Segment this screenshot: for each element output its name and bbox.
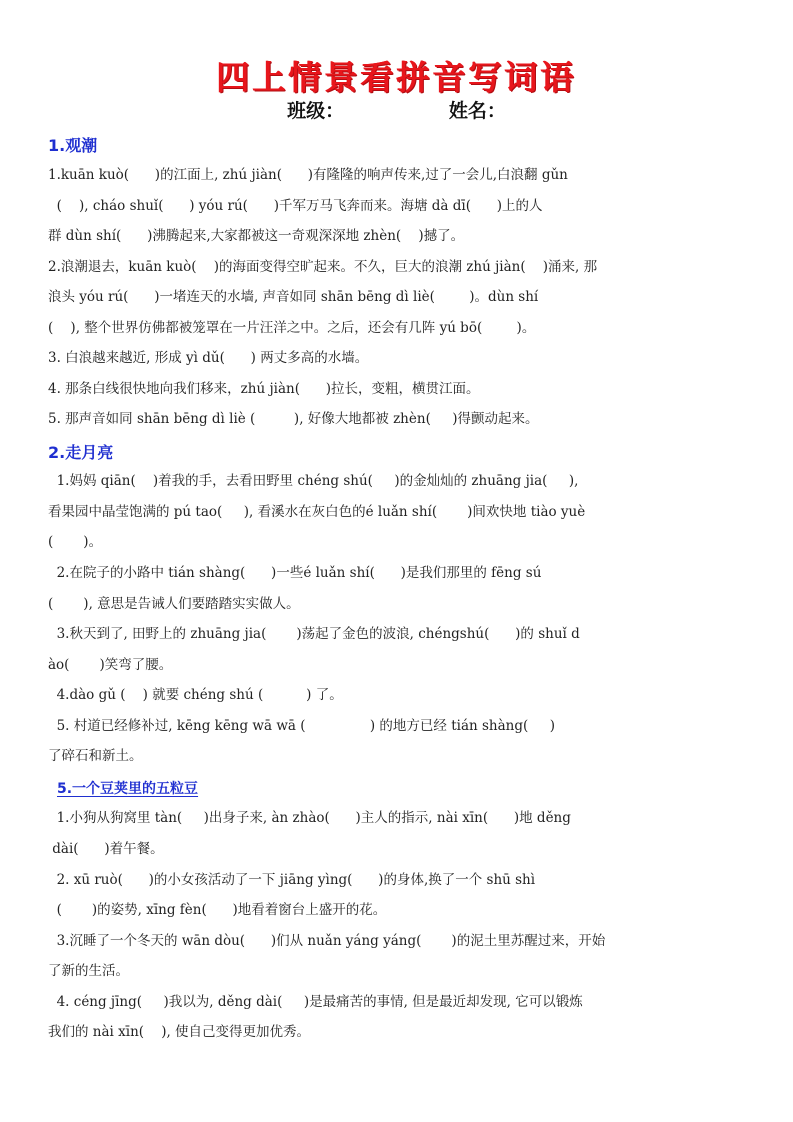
exercise-line: 5. 村道已经修补过, kēng kēng wā wā ( ) 的地方已经 ti… [48,716,555,736]
exercise-line: 3. 白浪越来越近, 形成 yì dǔ( ) 两丈多高的水墙。 [48,348,368,368]
exercise-line: 2. xū ruò( )的小女孩活动了一下 jiāng yìng( )的身体,换… [48,870,535,890]
section-heading-wulidou: 5.一个豆荚里的五粒豆 [57,778,198,798]
exercise-line: 了新的生活。 [48,961,129,981]
exercise-line: 浪头 yóu rú( )一堵连天的水墙, 声音如同 shān bēng dì l… [48,287,538,307]
exercise-line: ( ), 整个世界仿佛都被笼罩在一片汪洋之中。之后，还会有几阵 yú bō( )… [48,318,535,338]
exercise-line: 4. 那条白线很快地向我们移来，zhú jiàn( )拉长，变粗，横贯江面。 [48,379,480,399]
exercise-line: 3.沉睡了一个冬天的 wān dòu( )们从 nuǎn yáng yáng( … [48,931,605,951]
exercise-line: dài( )着午餐。 [48,839,164,859]
section-heading-zouyueliang: 2.走月亮 [48,440,113,463]
exercise-line: 看果园中晶莹饱满的 pú tao( ), 看溪水在灰白色的é luǎn shí(… [48,502,585,522]
exercise-line: 4.dào gǔ ( ) 就要 chéng shú ( ) 了。 [48,685,343,705]
exercise-line: ( ), cháo shuǐ( ) yóu rú( )千军万马飞奔而来。海塘 d… [48,196,542,216]
class-label: 班级： [287,96,344,123]
exercise-line: 1.妈妈 qiān( )着我的手，去看田野里 chéng shú( )的金灿灿的… [48,471,578,491]
exercise-line: 2.浪潮退去，kuān kuò( )的海面变得空旷起来。不久，巨大的浪潮 zhú… [48,257,597,277]
exercise-line: 群 dùn shí( )沸腾起来,大家都被这一奇观深深地 zhèn( )撼了。 [48,226,464,246]
page-title: 四上情景看拼音写词语 [0,52,793,99]
exercise-line: 1.小狗从狗窝里 tàn( )出身子来, àn zhào( )主人的指示, nà… [48,808,571,828]
exercise-line: ( )的姿势, xīng fèn( )地看着窗台上盛开的花。 [48,900,386,920]
worksheet-page: 四上情景看拼音写词语 班级： 姓名： 1.观潮 1.kuān kuò( )的江面… [0,0,793,1122]
exercise-line: 了碎石和新土。 [48,746,143,766]
exercise-line: 2.在院子的小路中 tián shàng( )一些é luǎn shí( )是我… [48,563,541,583]
exercise-line: 3.秋天到了, 田野上的 zhuāng jia( )荡起了金色的波浪, chén… [48,624,580,644]
exercise-line: 1.kuān kuò( )的江面上, zhú jiàn( )有隆隆的响声传来,过… [48,165,568,185]
exercise-line: ( )。 [48,532,102,552]
exercise-line: ( ), 意思是告诫人们要踏踏实实做人。 [48,594,300,614]
student-info: 班级： 姓名： [0,96,793,123]
exercise-line: 5. 那声音如同 shān bēng dì liè ( ), 好像大地都被 zh… [48,409,539,429]
exercise-line: 我们的 nài xīn( ), 使自己变得更加优秀。 [48,1022,310,1042]
exercise-line: 4. céng jīng( )我以为, děng dài( )是最痛苦的事情, … [48,992,583,1012]
name-label: 姓名： [449,96,506,123]
exercise-line: ào( )笑弯了腰。 [48,655,172,675]
section-heading-guanchao: 1.观潮 [48,133,97,156]
